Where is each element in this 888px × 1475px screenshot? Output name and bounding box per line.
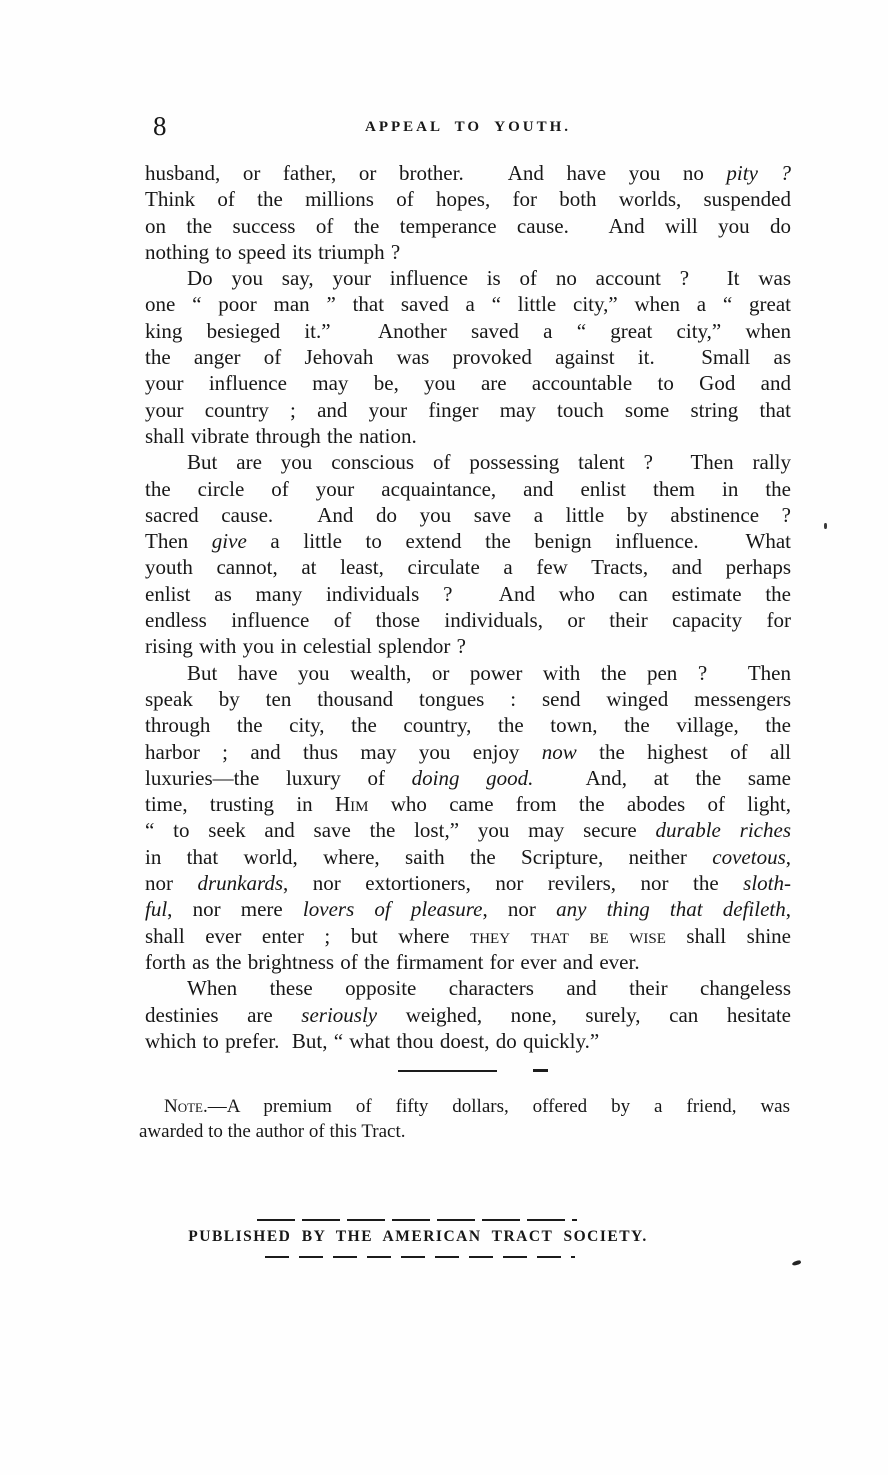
text-line: nor drunkards, nor extortioners, nor rev…: [145, 870, 791, 896]
text-line: When these opposite characters and their…: [145, 975, 791, 1001]
divider-dash: [533, 1069, 548, 1072]
scanned-book-page: 8 APPEAL TO YOUTH. husband, or father, o…: [0, 0, 888, 1475]
text-line: Note.—A premium of fifty dollars, offere…: [139, 1094, 790, 1119]
text-line: shall ever enter ; but where they that b…: [145, 923, 791, 949]
text-line: ful, nor mere lovers of pleasure, nor an…: [145, 896, 791, 922]
text-line: destinies are seriously weighed, none, s…: [145, 1002, 791, 1028]
ink-speck: [792, 1260, 802, 1267]
footer-rule-bottom: [265, 1256, 575, 1258]
text-line: sacred cause. And do you save a little b…: [145, 502, 791, 528]
ink-speck: [824, 523, 827, 529]
text-line: enlist as many individuals ? And who can…: [145, 581, 791, 607]
text-line: awarded to the author of this Tract.: [139, 1119, 790, 1144]
text-line: forth as the brightness of the firmament…: [145, 949, 791, 975]
text-line: time, trusting in Him who came from the …: [145, 791, 791, 817]
section-divider: [145, 1069, 791, 1073]
text-line: king besieged it.” Another saved a “ gre…: [145, 318, 791, 344]
text-line: But are you conscious of possessing tale…: [145, 449, 791, 475]
text-line: on the success of the temperance cause. …: [145, 213, 791, 239]
text-line: the anger of Jehovah was provoked agains…: [145, 344, 791, 370]
text-line: youth cannot, at least, circulate a few …: [145, 554, 791, 580]
footer-rule-top: [257, 1219, 577, 1221]
text-line: Think of the millions of hopes, for both…: [145, 186, 791, 212]
body-text: husband, or father, or brother. And have…: [145, 160, 791, 1054]
text-line: But have you wealth, or power with the p…: [145, 660, 791, 686]
text-line: rising with you in celestial splendor ?: [145, 633, 791, 659]
text-line: the circle of your acquaintance, and enl…: [145, 476, 791, 502]
text-line: luxuries—the luxury of doing good. And, …: [145, 765, 791, 791]
text-line: speak by ten thousand tongues : send win…: [145, 686, 791, 712]
text-line: Do you say, your influence is of no acco…: [145, 265, 791, 291]
text-line: one “ poor man ” that saved a “ little c…: [145, 291, 791, 317]
divider-rule: [398, 1070, 497, 1072]
note-text: Note.—A premium of fifty dollars, offere…: [139, 1094, 790, 1144]
text-line: “ to seek and save the lost,” you may se…: [145, 817, 791, 843]
publisher-line: PUBLISHED BY THE AMERICAN TRACT SOCIETY.: [186, 1228, 650, 1246]
text-line: your influence may be, you are accountab…: [145, 370, 791, 396]
running-head: APPEAL TO YOUTH.: [145, 119, 791, 136]
text-line: nothing to speed its triumph ?: [145, 239, 791, 265]
text-line: through the city, the country, the town,…: [145, 712, 791, 738]
text-line: your country ; and your finger may touch…: [145, 397, 791, 423]
text-line: which to prefer. But, “ what thou doest,…: [145, 1028, 791, 1054]
text-line: harbor ; and thus may you enjoy now the …: [145, 739, 791, 765]
text-line: shall vibrate through the nation.: [145, 423, 791, 449]
text-line: husband, or father, or brother. And have…: [145, 160, 791, 186]
text-line: in that world, where, saith the Scriptur…: [145, 844, 791, 870]
text-line: endless influence of those individuals, …: [145, 607, 791, 633]
text-line: Then give a little to extend the benign …: [145, 528, 791, 554]
